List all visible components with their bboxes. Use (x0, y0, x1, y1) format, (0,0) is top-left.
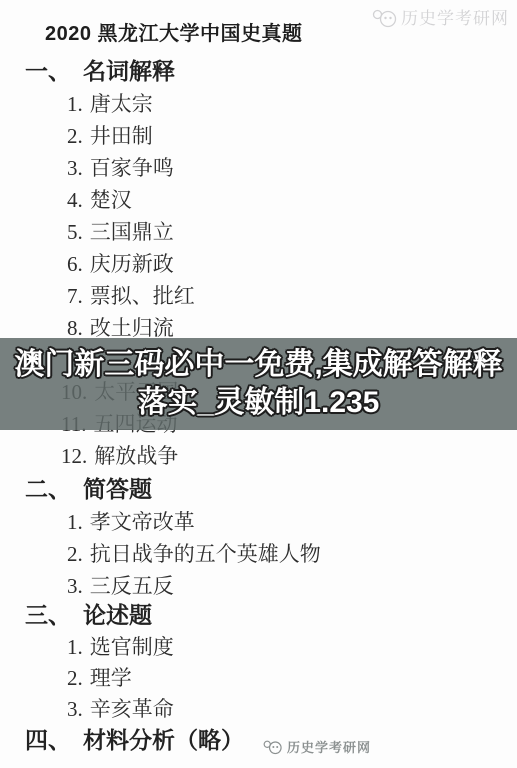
item-number: 1. (67, 92, 83, 116)
section: 三、论述题1.选官制度2.理学3.辛亥革命 (0, 600, 517, 725)
section-number: 二、 (25, 477, 71, 502)
item-label: 三反五反 (90, 574, 174, 598)
ad-overlay-banner: 澳门新三码必中一免费,集成解答解释 落实_灵敏制1.235 (0, 338, 517, 430)
item-label: 井田制 (90, 124, 153, 148)
section-header: 一、名词解释 (0, 56, 517, 88)
section-title: 论述题 (83, 603, 152, 628)
watermark-logo: 历史学考研网 (372, 8, 509, 28)
list-item: 2.井田制 (0, 120, 517, 152)
item-number: 12. (61, 444, 87, 468)
list-item: 1.孝文帝改革 (0, 506, 517, 538)
item-label: 票拟、批红 (90, 284, 195, 308)
item-number: 2. (67, 542, 83, 566)
footer-logo-label: 历史学考研网 (287, 741, 371, 754)
chat-bubbles-icon (372, 8, 398, 28)
item-label: 三国鼎立 (90, 220, 174, 244)
ad-overlay-text-line2: 落实_灵敏制1.235 (138, 384, 380, 422)
chat-bubbles-icon (263, 739, 283, 755)
item-label: 百家争鸣 (90, 156, 174, 180)
item-label: 解放战争 (94, 444, 178, 468)
section-title: 简答题 (83, 477, 152, 502)
item-number: 1. (67, 510, 83, 534)
ad-overlay-text-line1: 澳门新三码必中一免费,集成解答解释 (14, 346, 502, 384)
item-number: 2. (67, 666, 83, 690)
section: 二、简答题1.孝文帝改革2.抗日战争的五个英雄人物3.三反五反 (0, 474, 517, 602)
section-header: 三、论述题 (0, 600, 517, 632)
item-label: 庆历新政 (90, 252, 174, 276)
list-item: 6.庆历新政 (0, 248, 517, 280)
watermark-label: 历史学考研网 (401, 10, 509, 27)
list-item: 2.理学 (0, 663, 517, 694)
item-label: 辛亥革命 (90, 697, 174, 721)
section-header: 二、简答题 (0, 474, 517, 506)
item-label: 抗日战争的五个英雄人物 (90, 542, 321, 566)
list-item: 12.解放战争 (0, 440, 517, 472)
section: 四、材料分析（略） (0, 725, 517, 757)
list-item: 1.选官制度 (0, 632, 517, 663)
list-item: 7.票拟、批红 (0, 280, 517, 312)
item-label: 唐太宗 (90, 92, 153, 116)
item-number: 1. (67, 635, 83, 659)
list-item: 2.抗日战争的五个英雄人物 (0, 538, 517, 570)
section-number: 三、 (25, 603, 71, 628)
item-number: 7. (67, 284, 83, 308)
footer-logo: 历史学考研网 (263, 739, 371, 755)
section-title: 材料分析（略） (83, 728, 244, 753)
section-title: 名词解释 (83, 59, 175, 84)
scanned-exam-page: 2020 黑龙江大学中国史真题 历史学考研网 一、名词解释1.唐太宗2.井田制3… (0, 0, 517, 768)
item-label: 改土归流 (90, 316, 174, 340)
item-number: 2. (67, 124, 83, 148)
item-number: 3. (67, 697, 83, 721)
item-number: 6. (67, 252, 83, 276)
list-item: 3.三反五反 (0, 570, 517, 602)
section-header: 四、材料分析（略） (0, 725, 517, 757)
item-label: 孝文帝改革 (90, 510, 195, 534)
section-number: 一、 (25, 59, 71, 84)
item-number: 5. (67, 220, 83, 244)
item-label: 选官制度 (90, 635, 174, 659)
list-item: 1.唐太宗 (0, 88, 517, 120)
list-item: 3.辛亥革命 (0, 694, 517, 725)
item-label: 楚汉 (90, 188, 132, 212)
section-number: 四、 (25, 728, 71, 753)
item-number: 3. (67, 156, 83, 180)
item-number: 8. (67, 316, 83, 340)
list-item: 5.三国鼎立 (0, 216, 517, 248)
list-item: 3.百家争鸣 (0, 152, 517, 184)
page-title: 2020 黑龙江大学中国史真题 (45, 22, 303, 46)
item-number: 3. (67, 574, 83, 598)
item-number: 4. (67, 188, 83, 212)
item-label: 理学 (90, 666, 132, 690)
list-item: 4.楚汉 (0, 184, 517, 216)
